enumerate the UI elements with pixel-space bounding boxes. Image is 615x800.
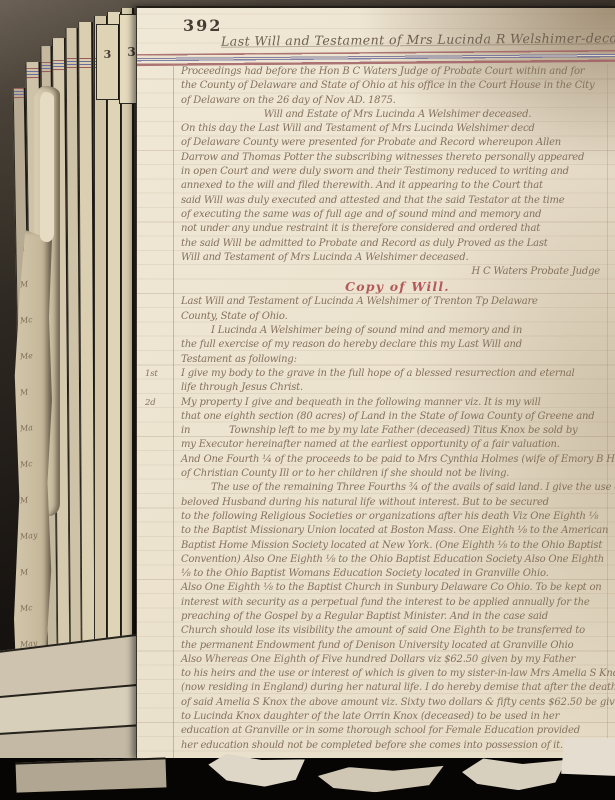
manuscript-line-text: Proceedings had before the Hon B C Water…: [181, 66, 584, 77]
record-book-page: 392 Last Will and Testament of Mrs Lucin…: [136, 6, 615, 759]
header-rule-band: [136, 50, 615, 66]
manuscript-text: Proceedings had before the Hon B C Water…: [181, 65, 614, 753]
manuscript-line: to the Baptist Missionary Union located …: [181, 524, 614, 538]
manuscript-line: Baptist Home Mission Society located at …: [181, 539, 614, 553]
manuscript-line-text: ⅛ to the Ohio Baptist Womans Education S…: [181, 568, 549, 579]
manuscript-line: (now residing in England) during her nat…: [181, 681, 614, 695]
edge-rule-band: [67, 58, 77, 68]
manuscript-line: Also One Eighth ⅛ to the Baptist Church …: [181, 581, 614, 595]
edge-writing-fragment: Mc: [14, 444, 52, 484]
manuscript-line-text: Also Whereas One Eighth of Five hundred …: [181, 654, 575, 665]
manuscript-line: On this day the Last Will and Testament …: [181, 122, 614, 136]
manuscript-line: education at Granville or in some thorou…: [181, 724, 614, 738]
edge-rule-band: [53, 60, 64, 70]
manuscript-line-text: in Township left to me by my late Father…: [181, 425, 578, 436]
manuscript-line: interest with security as a perpetual fu…: [181, 596, 614, 610]
manuscript-line: Proceedings had before the Hon B C Water…: [181, 65, 614, 79]
manuscript-line-text: Last Will and Testament of Lucinda A Wel…: [181, 296, 538, 307]
manuscript-line-text: County, State of Ohio.: [181, 311, 288, 322]
manuscript-line-text: I Lucinda A Welshimer being of sound min…: [211, 325, 522, 336]
manuscript-line: Darrow and Thomas Potter the subscribing…: [181, 151, 614, 165]
manuscript-line-text: H C Waters Probate Judge: [471, 266, 600, 277]
manuscript-line: Will and Estate of Mrs Lucinda A Welshim…: [181, 108, 614, 122]
manuscript-line-text: Will and Estate of Mrs Lucinda A Welshim…: [264, 109, 532, 120]
manuscript-line: to Lucinda Knox daughter of the late Orr…: [181, 710, 614, 724]
manuscript-line: of Delaware on the 26 day of Nov AD. 187…: [181, 94, 614, 108]
manuscript-line-text: I give my body to the grave in the full …: [181, 368, 575, 379]
manuscript-line-text: my Executor hereinafter named at the ear…: [181, 439, 560, 450]
manuscript-line: Testament as following:: [181, 353, 614, 367]
manuscript-line-text: Darrow and Thomas Potter the subscribing…: [181, 152, 584, 163]
splayed-sheet: [16, 757, 167, 792]
edge-rule-band: [79, 58, 91, 68]
manuscript-line: ⅛ to the Ohio Baptist Womans Education S…: [181, 567, 614, 581]
manuscript-line-text: her education should not be completed be…: [181, 740, 563, 751]
manuscript-line-text: On this day the Last Will and Testament …: [181, 123, 535, 134]
left-margin-rule: [173, 64, 174, 759]
manuscript-line: to the following Religious Societies or …: [181, 510, 614, 524]
manuscript-line: 2dMy property I give and bequeath in the…: [181, 396, 614, 410]
manuscript-line-text: life through Jesus Christ.: [181, 382, 303, 393]
manuscript-line-text: Church should lose its visibility the am…: [181, 625, 585, 636]
torn-scrap: [559, 734, 615, 780]
manuscript-line: to his heirs and the use or interest of …: [181, 667, 614, 681]
manuscript-line: in open Court and were duly sworn and th…: [181, 165, 614, 179]
manuscript-line-text: the permanent Endowment fund of Denison …: [181, 640, 573, 651]
manuscript-line-text: of said Amelia S Knox the above amount v…: [181, 697, 615, 708]
edge-rule-band: [42, 62, 51, 72]
manuscript-line-text: Baptist Home Mission Society located at …: [181, 540, 602, 551]
manuscript-line-text: And One Fourth ¼ of the proceeds to be p…: [181, 454, 615, 465]
torn-curled-page: [40, 92, 54, 242]
manuscript-line-text: Convention) Also One Eighth ⅛ to the Ohi…: [181, 554, 604, 565]
manuscript-line: the permanent Endowment fund of Denison …: [181, 639, 614, 653]
manuscript-line-text: in open Court and were duly sworn and th…: [181, 166, 569, 177]
edge-writing-fragment: M: [14, 372, 52, 412]
record-book-photo: 3 3 aMMcMeMMaMcMMayMMcMay 392 Last Will …: [0, 0, 615, 800]
edge-writing-fragment: M: [14, 480, 52, 520]
manuscript-line: the said Will be admitted to Probate and…: [181, 237, 614, 251]
manuscript-line-text: Testament as following:: [181, 354, 297, 365]
edge-writing-fragment: Mc: [14, 300, 52, 340]
under-page-number: 3: [104, 48, 112, 61]
manuscript-line: County, State of Ohio.: [181, 310, 614, 324]
edge-writing-fragment: M: [14, 552, 52, 592]
manuscript-line-text: not under any undue restraint it is ther…: [181, 223, 540, 234]
manuscript-line-text: the full exercise of my reason do hereby…: [181, 339, 522, 350]
edge-rule-band: [14, 88, 24, 98]
manuscript-line-text: beloved Husband during his natural life …: [181, 497, 549, 508]
manuscript-line-text: that one eighth section (80 acres) of La…: [181, 411, 594, 422]
manuscript-line-text: The use of the remaining Three Fourths ¾…: [211, 482, 615, 493]
manuscript-line: The use of the remaining Three Fourths ¾…: [181, 481, 614, 495]
manuscript-line-text: the said Will be admitted to Probate and…: [181, 238, 548, 249]
margin-item-number: 2d: [145, 396, 155, 410]
manuscript-line: life through Jesus Christ.: [181, 381, 614, 395]
edge-writing-fragment: May: [14, 516, 52, 556]
manuscript-line: Convention) Also One Eighth ⅛ to the Ohi…: [181, 553, 614, 567]
edge-writing-fragment: Mc: [14, 588, 52, 628]
manuscript-line-text: of Delaware County were presented for Pr…: [181, 137, 561, 148]
under-page-number: 3: [127, 45, 135, 59]
manuscript-line: And One Fourth ¼ of the proceeds to be p…: [181, 453, 614, 467]
manuscript-line-text: to Lucinda Knox daughter of the late Orr…: [181, 711, 559, 722]
manuscript-line: I Lucinda A Welshimer being of sound min…: [181, 324, 614, 338]
manuscript-line: of Delaware County were presented for Pr…: [181, 136, 614, 150]
manuscript-line-text: education at Granville or in some thorou…: [181, 725, 580, 736]
manuscript-line: that one eighth section (80 acres) of La…: [181, 410, 614, 424]
manuscript-line: my Executor hereinafter named at the ear…: [181, 438, 614, 452]
manuscript-line-text: to his heirs and the use or interest of …: [181, 668, 615, 679]
manuscript-line: Church should lose its visibility the am…: [181, 624, 614, 638]
manuscript-line: of said Amelia S Knox the above amount v…: [181, 696, 614, 710]
manuscript-line-text: interest with security as a perpetual fu…: [181, 597, 590, 608]
manuscript-line: annexed to the will and filed therewith.…: [181, 179, 614, 193]
manuscript-line: of Christian County Ill or to her childr…: [181, 467, 614, 481]
margin-item-number: 1st: [145, 367, 158, 381]
manuscript-line-text: of Christian County Ill or to her childr…: [181, 468, 509, 479]
manuscript-line: Will and Testament of Mrs Lucinda A Wels…: [181, 251, 614, 265]
manuscript-line-text: of Delaware on the 26 day of Nov AD. 187…: [181, 95, 396, 106]
manuscript-line: not under any undue restraint it is ther…: [181, 222, 614, 236]
manuscript-line-text: My property I give and bequeath in the f…: [181, 397, 541, 408]
edge-writing-fragment: Me: [14, 336, 52, 376]
manuscript-line: beloved Husband during his natural life …: [181, 496, 614, 510]
folio-number: 392: [183, 16, 222, 35]
manuscript-line-text: preaching of the Gospel by a Regular Bap…: [181, 611, 548, 622]
under-page-corner: 3: [96, 24, 121, 100]
manuscript-line: of executing the same was of full age an…: [181, 208, 614, 222]
manuscript-line-text: Also One Eighth ⅛ to the Baptist Church …: [181, 582, 602, 593]
manuscript-line: said Will was duly executed and attested…: [181, 194, 614, 208]
edge-writing-fragment: Ma: [14, 408, 52, 448]
manuscript-line: 1stI give my body to the grave in the fu…: [181, 367, 614, 381]
manuscript-line: the County of Delaware and State of Ohio…: [181, 79, 614, 93]
manuscript-line-text: Will and Testament of Mrs Lucinda A Wels…: [181, 252, 468, 263]
copy-of-will-heading: Copy of Will.: [181, 279, 614, 295]
page-heading: Last Will and Testament of Mrs Lucinda R…: [221, 30, 613, 48]
torn-curled-page: aMMcMeMMaMcMMayMMcMay: [14, 230, 52, 716]
manuscript-line: her education should not be completed be…: [181, 739, 614, 753]
manuscript-line-text: (now residing in England) during her nat…: [181, 682, 615, 693]
manuscript-line-text: to the Baptist Missionary Union located …: [181, 525, 608, 536]
manuscript-line-text: said Will was duly executed and attested…: [181, 195, 565, 206]
manuscript-line: in Township left to me by my late Father…: [181, 424, 614, 438]
manuscript-line-text: the County of Delaware and State of Ohio…: [181, 80, 594, 91]
manuscript-line: the full exercise of my reason do hereby…: [181, 338, 614, 352]
edge-rule-band: [27, 68, 39, 78]
manuscript-line-text: to the following Religious Societies or …: [181, 511, 598, 522]
judge-signature: H C Waters Probate Judge: [181, 265, 614, 279]
manuscript-line-text: annexed to the will and filed therewith.…: [181, 180, 543, 191]
manuscript-line: preaching of the Gospel by a Regular Bap…: [181, 610, 614, 624]
manuscript-line: Last Will and Testament of Lucinda A Wel…: [181, 295, 614, 309]
manuscript-line-text: of executing the same was of full age an…: [181, 209, 541, 220]
manuscript-line-text: Copy of Will.: [345, 279, 450, 294]
manuscript-line: Also Whereas One Eighth of Five hundred …: [181, 653, 614, 667]
